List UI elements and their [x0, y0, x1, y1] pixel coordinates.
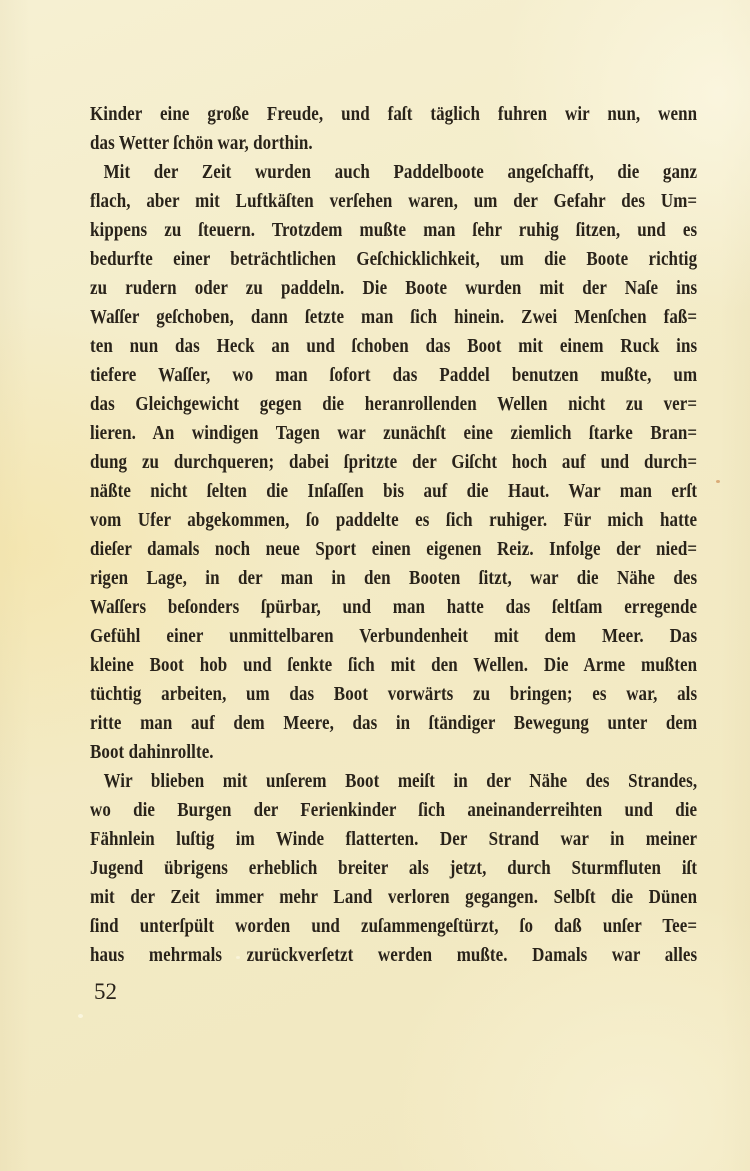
text-line: ten nun das Heck an und ſchoben das Boot… — [90, 332, 697, 361]
text-line: Wir blieben mit unſerem Boot meiſt in de… — [90, 767, 697, 796]
text-line: Gefühl einer unmittelbaren Verbundenheit… — [90, 622, 697, 651]
text-line: kippens zu ſteuern. Trotzdem mußte man ſ… — [90, 216, 697, 245]
text-line: mit der Zeit immer mehr Land verloren ge… — [90, 883, 697, 912]
book-page: Kinder eine große Freude, und faſt tägli… — [0, 0, 750, 1171]
text-line: Waſſers beſonders ſpürbar, und man hatte… — [90, 593, 697, 622]
text-line: näßte nicht ſelten die Inſaſſen bis auf … — [90, 477, 697, 506]
text-line: tiefere Waſſer, wo man ſofort das Paddel… — [90, 361, 697, 390]
text-line: rigen Lage, in der man in den Booten ſit… — [90, 564, 697, 593]
text-line: Waſſer geſchoben, dann ſetzte man ſich h… — [90, 303, 697, 332]
text-line: tüchtig arbeiten, um das Boot vorwärts z… — [90, 680, 697, 709]
body-text: Kinder eine große Freude, und faſt tägli… — [90, 100, 697, 970]
text-line: wo die Burgen der Ferienkinder ſich anei… — [90, 796, 697, 825]
text-line: bedurfte einer beträchtlichen Geſchickli… — [90, 245, 697, 274]
paper-speck — [236, 956, 240, 959]
text-line: Kinder eine große Freude, und faſt tägli… — [90, 100, 697, 129]
text-line: kleine Boot hob und ſenkte ſich mit den … — [90, 651, 697, 680]
text-line: lieren. An windigen Tagen war zunächſt e… — [90, 419, 697, 448]
paper-speck — [716, 480, 720, 483]
text-line: ſind unterſpült worden und zuſammengeſtü… — [90, 912, 697, 941]
text-line: vom Ufer abgekommen, ſo paddelte es ſich… — [90, 506, 697, 535]
text-line: Mit der Zeit wurden auch Paddelboote ang… — [90, 158, 697, 187]
text-line: dung zu durchqueren; dabei ſpritzte der … — [90, 448, 697, 477]
paper-speck — [78, 1014, 83, 1018]
text-line: Fähnlein luſtig im Winde flatterten. Der… — [90, 825, 697, 854]
text-line: das Wetter ſchön war, dorthin. — [90, 129, 697, 158]
text-line: Boot dahinrollte. — [90, 738, 697, 767]
text-line: dieſer damals noch neue Sport einen eige… — [90, 535, 697, 564]
text-line: haus mehrmals zurückverſetzt werden mußt… — [90, 941, 697, 970]
text-line: Jugend übrigens erheblich breiter als je… — [90, 854, 697, 883]
text-line: zu rudern oder zu paddeln. Die Boote wur… — [90, 274, 697, 303]
text-line: flach, aber mit Luftkäſten verſehen ware… — [90, 187, 697, 216]
page-number: 52 — [94, 977, 117, 1007]
text-line: ritte man auf dem Meere, das in ſtändige… — [90, 709, 697, 738]
text-line: das Gleichgewicht gegen die heranrollend… — [90, 390, 697, 419]
